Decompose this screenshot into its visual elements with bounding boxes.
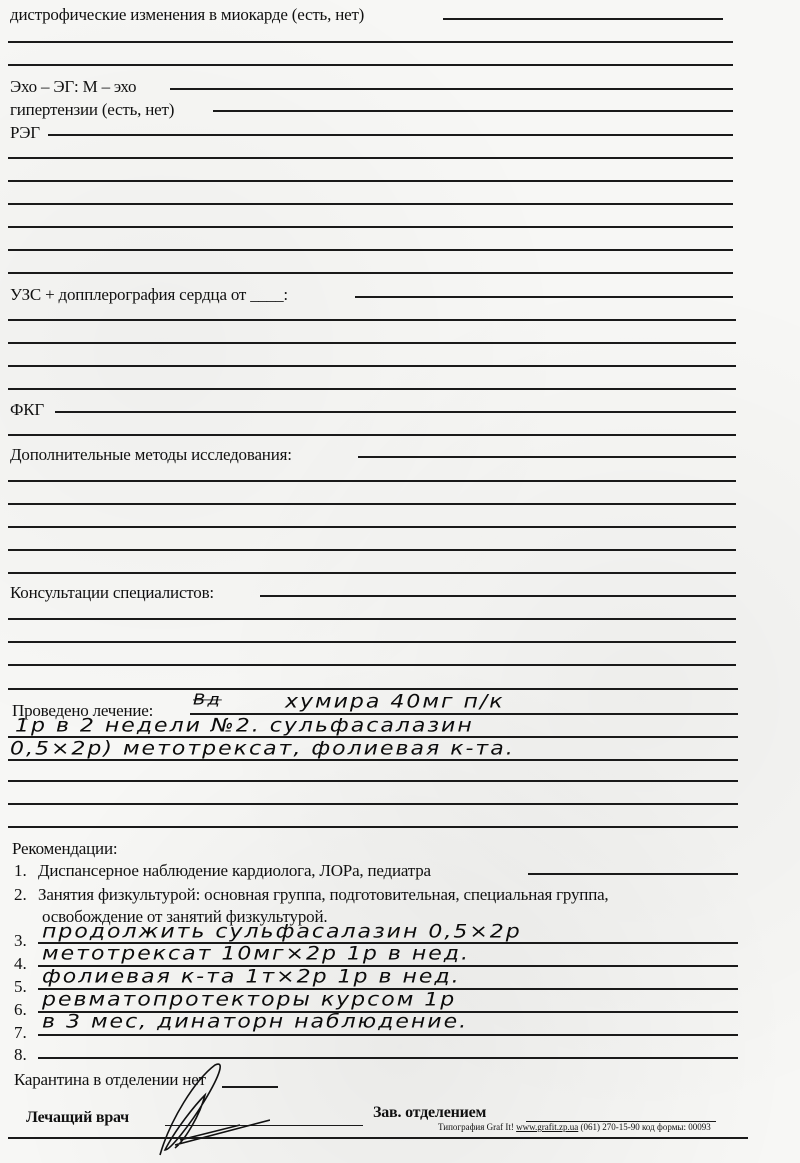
signature-scribble [150,1060,270,1160]
rec-number: 6. [14,1001,27,1018]
rec-item-3: продолжить сульфасалазин 0,5×2р [42,923,522,942]
field-line [8,434,736,436]
field-line [8,64,733,66]
rec-item-2: Занятия физкультурой: основная группа, п… [38,886,609,903]
printer-info: Типография Graf It! www.grafit.zp.ua (06… [438,1123,711,1132]
treatment-struck-text: Вд [193,693,222,708]
field-line [170,88,733,90]
treatment-line-1: хумира 40мг п/к [285,693,505,712]
rec-item-5: фолиевая к-та 1т×2р 1р в нед. [42,968,461,987]
rec-item-7: в 3 мес, динаторн наблюдение. [42,1013,468,1032]
printer-url-link[interactable]: www.grafit.zp.ua [516,1122,578,1132]
field-line [38,1057,738,1059]
rec-number: 7. [14,1024,27,1041]
field-line [8,664,736,666]
rec-number: 5. [14,978,27,995]
field-line [8,641,736,643]
fkg-label: ФКГ [10,401,44,418]
field-line [8,503,736,505]
field-line [8,572,736,574]
rec-number: 2. [14,886,27,903]
field-line [213,110,733,112]
field-line [8,365,736,367]
field-line [8,688,738,690]
field-line [8,226,733,228]
reg-label: РЭГ [10,124,40,141]
echo-label: Эхо – ЭГ: М – эхо [10,78,136,95]
field-line [355,296,733,298]
hypertension-label: гипертензии (есть, нет) [10,101,174,118]
field-line [8,618,736,620]
field-line [8,342,736,344]
field-line [358,456,736,458]
uzs-label: УЗС + допплерография сердца от ____: [10,286,288,303]
field-line [8,388,736,390]
field-line [38,1034,738,1036]
field-line [528,873,738,875]
field-line [8,272,733,274]
rec-number: 3. [14,932,27,949]
field-line [48,134,733,136]
rec-item-4: метотрексат 10мг×2р 1р в нед. [42,945,470,964]
rec-item-1: Диспансерное наблюдение кардиолога, ЛОРа… [38,862,431,879]
treatment-line-2: 1р в 2 недели №2. сульфасалазин [15,717,474,736]
rec-number: 4. [14,955,27,972]
field-line [8,180,733,182]
head-of-department-label: Зав. отделением [373,1105,486,1121]
attending-doctor-label: Лечащий врач [26,1110,129,1126]
field-line [8,41,733,43]
field-line [443,18,723,20]
field-line [8,526,736,528]
field-line [8,203,733,205]
field-line [8,480,736,482]
consultations-label: Консультации специалистов: [10,584,214,601]
field-line [8,157,733,159]
field-line [260,595,736,597]
rec-item-6: ревматопротекторы курсом 1р [42,991,456,1010]
field-line [8,826,738,828]
field-line [55,411,736,413]
field-line [8,803,738,805]
printer-name: Типография Graf It! [438,1122,514,1132]
rec-number: 8. [14,1046,27,1063]
extra-methods-label: Дополнительные методы исследования: [10,446,292,463]
dystrophic-label: дистрофические изменения в миокарде (ест… [10,6,364,23]
field-line [8,549,736,551]
field-line [8,780,738,782]
treatment-line-3: 0,5×2р) метотрексат, фолиевая к-та. [10,740,515,759]
field-line [8,249,733,251]
recommendations-title: Рекомендации: [12,840,117,857]
footer-line [8,1137,748,1139]
printer-phone-code: (061) 270-15-90 код формы: 00093 [581,1122,711,1132]
field-line [8,319,736,321]
rec-number: 1. [14,862,27,879]
